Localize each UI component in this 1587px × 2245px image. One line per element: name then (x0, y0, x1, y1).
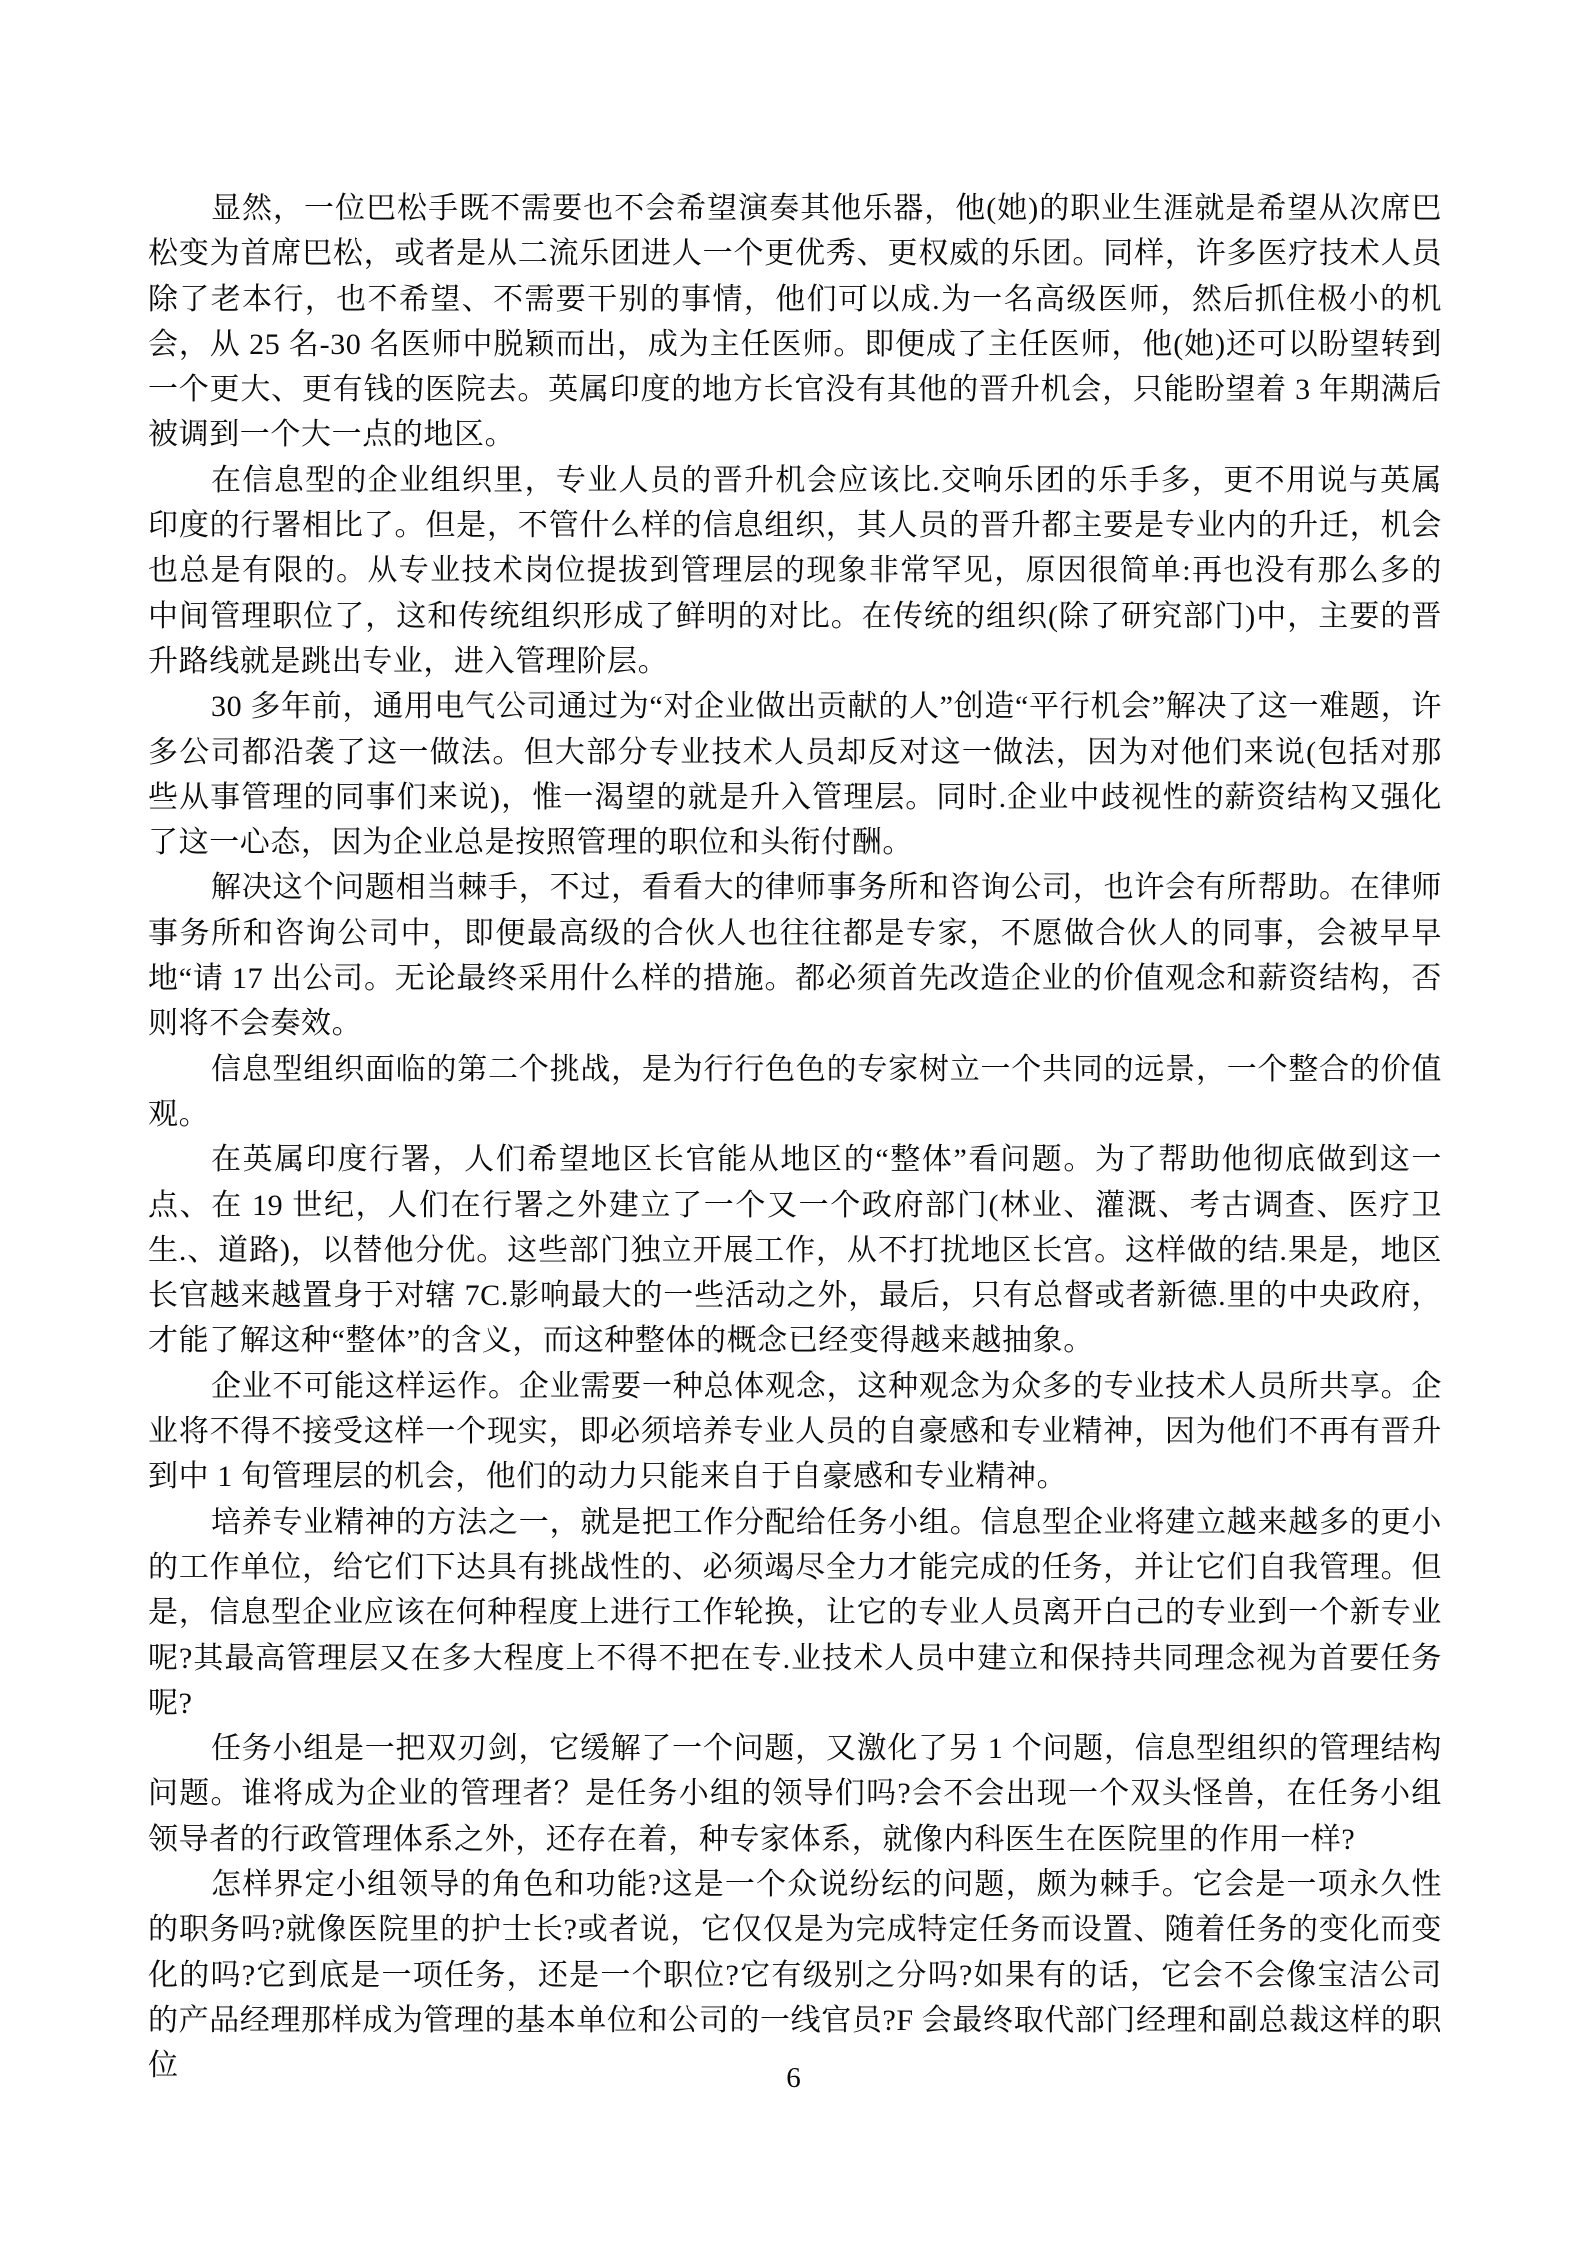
paragraph-1: 显然，一位巴松手既不需要也不会希望演奏其他乐器，他(她)的职业生涯就是希望从次席… (148, 186, 1442, 458)
paragraph-5: 信息型组织面临的第二个挑战，是为行行色色的专家树立一个共同的远景，一个整合的价值… (148, 1047, 1442, 1138)
paragraph-8: 培养专业精神的方法之一，就是把工作分配给任务小组。信息型企业将建立越来越多的更小… (148, 1500, 1442, 1726)
page-number: 6 (0, 2058, 1587, 2098)
paragraph-9: 任务小组是一把双刃剑，它缓解了一个问题，又激化了另 1 个问题，信息型组织的管理… (148, 1726, 1442, 1862)
text-body: 显然，一位巴松手既不需要也不会希望演奏其他乐器，他(她)的职业生涯就是希望从次席… (148, 186, 1442, 2088)
paragraph-3: 30 多年前，通用电气公司通过为“对企业做出贡献的人”创造“平行机会”解决了这一… (148, 684, 1442, 865)
paragraph-10: 怎样界定小组领导的角色和功能?这是一个众说纷纭的问题，颇为棘手。它会是一项永久性… (148, 1862, 1442, 2088)
document-page: 显然，一位巴松手既不需要也不会希望演奏其他乐器，他(她)的职业生涯就是希望从次席… (0, 0, 1587, 2245)
paragraph-2: 在信息型的企业组织里，专业人员的晋升机会应该比.交响乐团的乐手多，更不用说与英属… (148, 458, 1442, 684)
paragraph-7: 企业不可能这样运作。企业需要一种总体观念，这种观念为众多的专业技术人员所共享。企… (148, 1364, 1442, 1500)
paragraph-4: 解决这个问题相当棘手，不过，看看大的律师事务所和咨询公司，也许会有所帮助。在律师… (148, 865, 1442, 1046)
paragraph-6: 在英属印度行署，人们希望地区长官能从地区的“整体”看问题。为了帮助他彻底做到这一… (148, 1137, 1442, 1363)
